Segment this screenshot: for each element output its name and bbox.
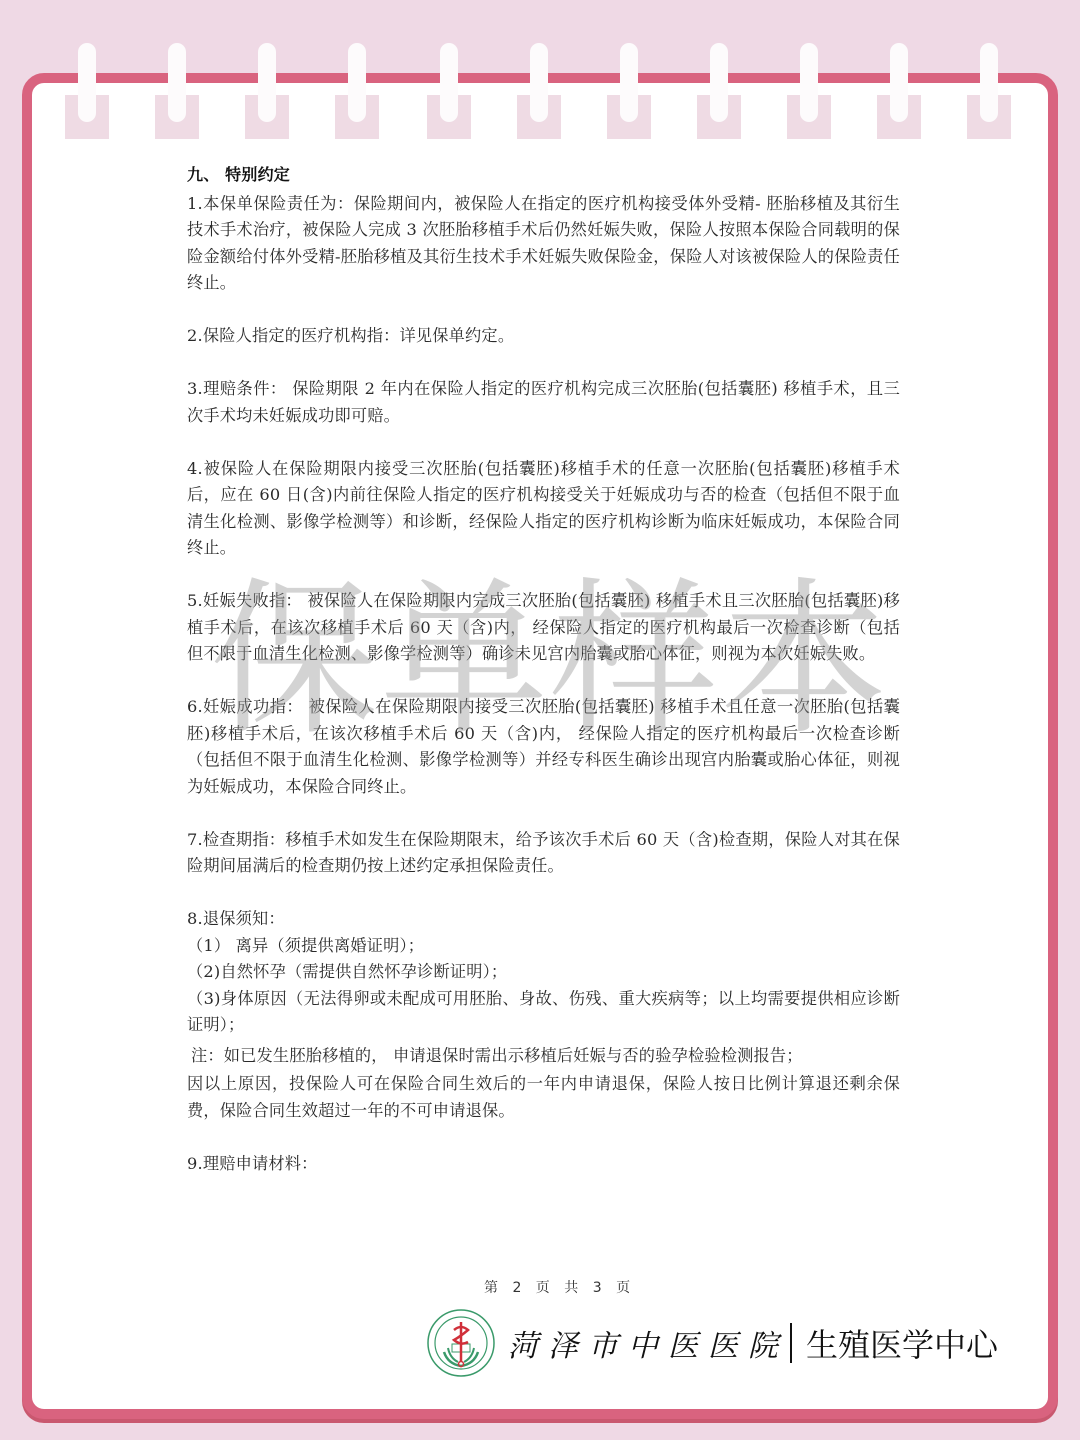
document-body: 九、 特别约定 1.本保单保险责任为：保险期间内，被保险人在指定的医疗机构接受体…: [187, 162, 900, 1177]
binder-ring: [890, 43, 908, 122]
binder-ring: [980, 43, 998, 122]
footer-divider: [790, 1323, 792, 1363]
binder-ring: [168, 43, 186, 122]
clause-8-tail: 因以上原因，投保险人可在保险合同生效后的一年内申请退保，保险人按日比例计算退还剩…: [187, 1071, 900, 1124]
binder-ring: [440, 43, 458, 122]
clause-8-title: 8.退保须知：: [187, 906, 900, 933]
clause-8-item-3: （3)身体原因（无法得卵或未配成可用胚胎、身故、伤残、重大疾病等；以上均需要提供…: [187, 986, 900, 1039]
binder-ring: [620, 43, 638, 122]
clause-5: 5.妊娠失败指： 被保险人在保险期限内完成三次胚胎(包括囊胚) 移植手术且三次胚…: [187, 588, 900, 668]
clause-8-item-1: （1） 离异（须提供离婚证明）；: [187, 933, 900, 960]
clause-1: 1.本保单保险责任为：保险期间内，被保险人在指定的医疗机构接受体外受精- 胚胎移…: [187, 191, 900, 297]
clause-4: 4.被保险人在保险期限内接受三次胚胎(包括囊胚)移植手术的任意一次胚胎(包括囊胚…: [187, 456, 900, 562]
binder-ring: [258, 43, 276, 122]
clause-7: 7.检查期指：移植手术如发生在保险期限末，给予该次手术后 60 天（含)检查期，…: [187, 827, 900, 880]
hospital-name: 菏泽市中医医院: [508, 1321, 788, 1365]
binder-ring: [348, 43, 366, 122]
clause-2: 2.保险人指定的医疗机构指：详见保单约定。: [187, 323, 900, 350]
clause-8-item-2: （2)自然怀孕（需提供自然怀孕诊断证明）；: [187, 959, 900, 986]
department-name: 生殖医学中心: [806, 1320, 998, 1366]
hospital-emblem-icon: [426, 1308, 496, 1378]
clause-3: 3.理赔条件： 保险期限 2 年内在保险人指定的医疗机构完成三次胚胎(包括囊胚)…: [187, 376, 900, 429]
clause-9: 9.理赔申请材料：: [187, 1151, 900, 1178]
hospital-footer: 菏泽市中医医院 生殖医学中心: [426, 1308, 998, 1378]
binder-ring: [78, 43, 96, 122]
section-title: 九、 特别约定: [187, 162, 900, 189]
binder-ring: [530, 43, 548, 122]
binder-ring: [710, 43, 728, 122]
clause-6: 6.妊娠成功指： 被保险人在保险期限内接受三次胚胎(包括囊胚) 移植手术且任意一…: [187, 694, 900, 800]
clause-8-note: 注：如已发生胚胎移植的， 申请退保时需出示移植后妊娠与否的验孕检验检测报告；: [187, 1043, 900, 1070]
binder-ring: [800, 43, 818, 122]
page-indicator: 第 2 页 共 3 页: [484, 1277, 633, 1297]
